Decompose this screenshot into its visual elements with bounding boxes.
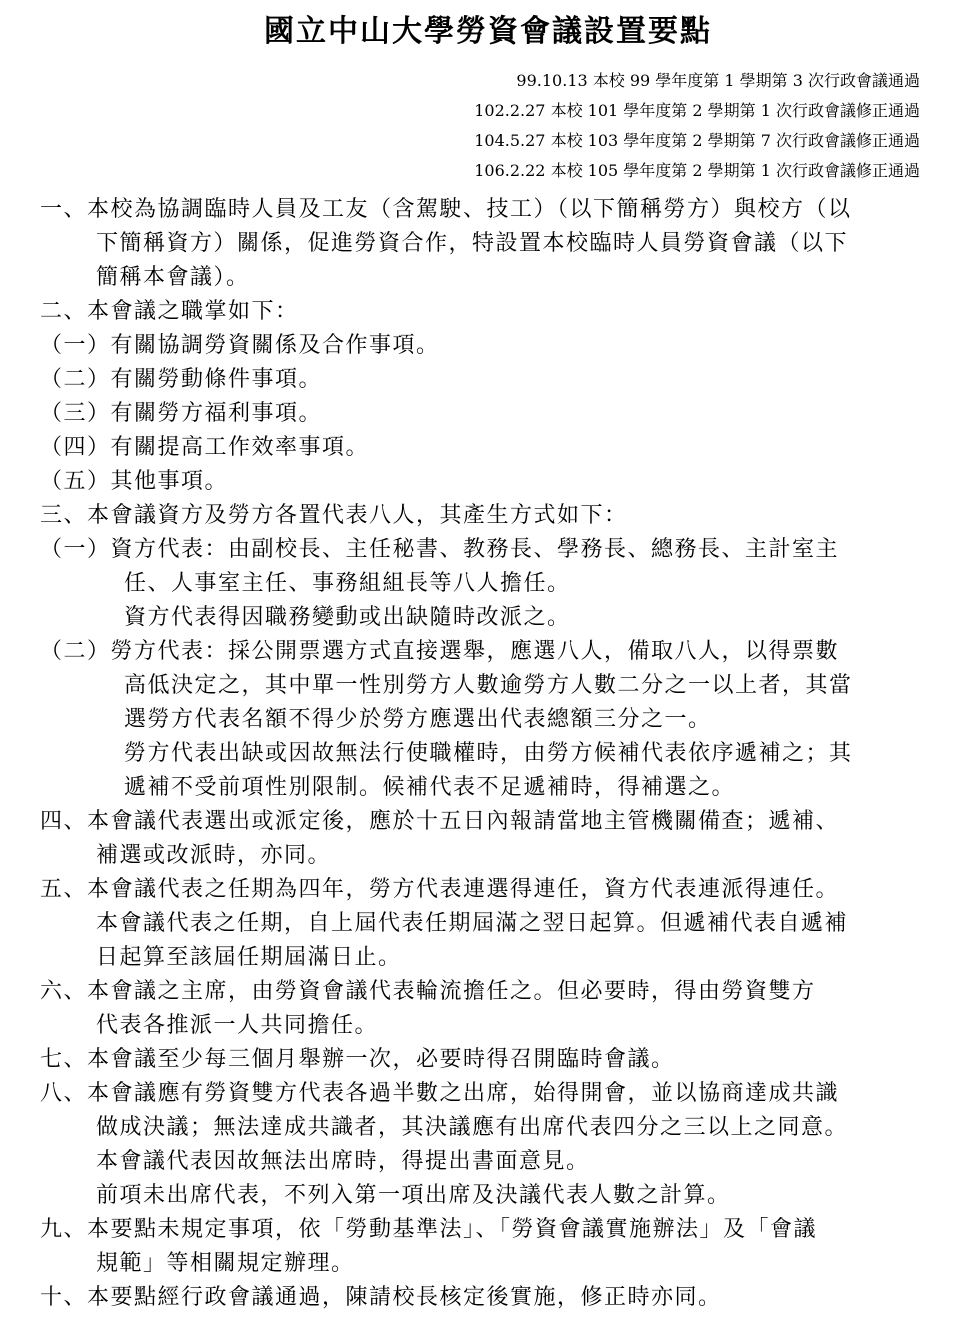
text-line: 九、本要點未規定事項，依「勞動基準法」、「勞資會議實施辦法」及「會議	[40, 1213, 817, 1247]
history-line: 102.2.27 本校 101 學年度第 2 學期第 1 次行政會議修正通過	[474, 96, 920, 126]
text-line: 簡稱本會議）。	[96, 261, 250, 295]
text-line: 十、本要點經行政會議通過，陳請校長核定後實施，修正時亦同。	[40, 1281, 722, 1315]
text-line: 代表各推派一人共同擔任。	[96, 1009, 378, 1043]
text-line: 做成決議；無法達成共識者，其決議應有出席代表四分之三以上之同意。	[96, 1111, 848, 1145]
document-title: 國立中山大學勞資會議設置要點	[0, 10, 976, 54]
text-line: 資方代表得因職務變動或出缺隨時改派之。	[124, 601, 571, 635]
text-line: 前項未出席代表，不列入第一項出席及決議代表人數之計算。	[96, 1179, 731, 1213]
text-line: 選勞方代表名額不得少於勞方應選出代表總額三分之一。	[124, 703, 712, 737]
document-page: 國立中山大學勞資會議設置要點 99.10.13 本校 99 學年度第 1 學期第…	[0, 0, 976, 1317]
text-line: 勞方代表出缺或因故無法行使職權時，由勞方候補代表依序遞補之；其	[124, 737, 853, 771]
text-line: （二）有關勞動條件事項。	[40, 363, 322, 397]
text-line: 二、本會議之職掌如下：	[40, 295, 299, 329]
text-line: 高低決定之，其中單一性別勞方人數逾勞方人數二分之一以上者，其當	[124, 669, 853, 703]
text-line: 三、本會議資方及勞方各置代表八人，其產生方式如下：	[40, 499, 628, 533]
text-line: 四、本會議代表選出或派定後，應於十五日內報請當地主管機關備查；遞補、	[40, 805, 839, 839]
history-line: 99.10.13 本校 99 學年度第 1 學期第 3 次行政會議通過	[474, 66, 920, 96]
text-line: 六、本會議之主席，由勞資會議代表輪流擔任之。但必要時，得由勞資雙方	[40, 975, 816, 1009]
text-line: 下簡稱資方）關係，促進勞資合作，特設置本校臨時人員勞資會議（以下	[96, 227, 848, 261]
amendment-history: 99.10.13 本校 99 學年度第 1 學期第 3 次行政會議通過 102.…	[474, 66, 920, 186]
text-line: 遞補不受前項性別限制。候補代表不足遞補時，得補選之。	[124, 771, 735, 805]
text-line: 任、人事室主任、事務組組長等八人擔任。	[124, 567, 571, 601]
text-line: （一）有關協調勞資關係及合作事項。	[40, 329, 440, 363]
text-line: 一、本校為協調臨時人員及工友（含駕駛、技工）（以下簡稱勞方）與校方（以	[40, 193, 852, 227]
history-line: 106.2.22 本校 105 學年度第 2 學期第 1 次行政會議修正通過	[474, 156, 920, 186]
text-line: 日起算至該屆任期屆滿日止。	[96, 941, 402, 975]
text-line: （一）資方代表：由副校長、主任秘書、教務長、學務長、總務長、主計室主	[40, 533, 839, 567]
text-line: 八、本會議應有勞資雙方代表各過半數之出席，始得開會，並以協商達成共識	[40, 1077, 839, 1111]
text-line: （三）有關勞方福利事項。	[40, 397, 322, 431]
text-line: 規範」等相關規定辦理。	[96, 1247, 355, 1281]
text-line: （五）其他事項。	[40, 465, 228, 499]
text-line: （四）有關提高工作效率事項。	[40, 431, 369, 465]
text-line: 五、本會議代表之任期為四年，勞方代表連選得連任，資方代表連派得連任。	[40, 873, 839, 907]
text-line: 七、本會議至少每三個月舉辦一次，必要時得召開臨時會議。	[40, 1043, 675, 1077]
text-line: 本會議代表因故無法出席時，得提出書面意見。	[96, 1145, 590, 1179]
text-line: 本會議代表之任期，自上屆代表任期屆滿之翌日起算。但遞補代表自遞補	[96, 907, 848, 941]
text-line: 補選或改派時，亦同。	[96, 839, 331, 873]
history-line: 104.5.27 本校 103 學年度第 2 學期第 7 次行政會議修正通過	[474, 126, 920, 156]
text-line: （二）勞方代表：採公開票選方式直接選舉，應選八人，備取八人，以得票數	[40, 635, 839, 669]
